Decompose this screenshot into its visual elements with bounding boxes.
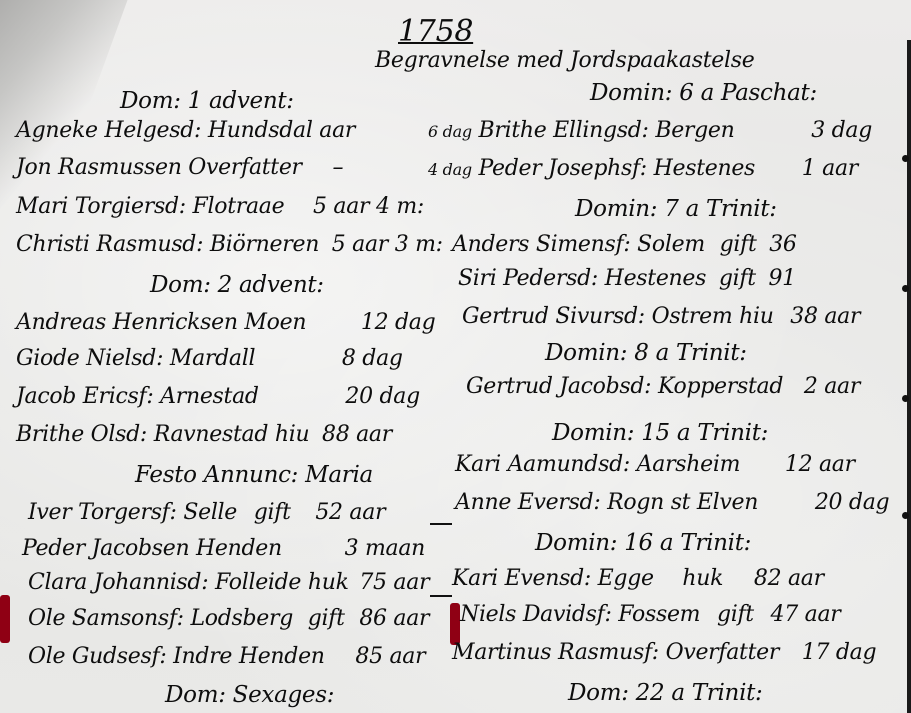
entry-age: 2 aar — [804, 374, 860, 399]
burial-entry: Kari Aamundsd: Aarsheim 12 aar — [455, 452, 855, 477]
entry-age: – — [332, 155, 343, 180]
entry-age: 3 dag — [811, 118, 872, 143]
entry-age: 20 dag — [815, 490, 889, 515]
entry-name: Iver Torgersf: Selle — [28, 500, 237, 525]
ink-blot — [902, 285, 909, 292]
entry-age: 5 aar 3 m: — [332, 232, 443, 257]
entry-name: Niels Davidsf: Fossem — [460, 602, 700, 627]
entry-age: 52 aar — [315, 500, 385, 525]
entry-age: 36 — [769, 232, 796, 257]
entry-name: Andreas Henricksen Moen — [16, 310, 306, 335]
entry-name: Ole Gudsesf: Indre Henden — [28, 644, 325, 669]
section-heading: Dom: 22 a Trinit: — [568, 680, 763, 706]
entry-age: 5 aar 4 m: — [313, 194, 424, 219]
manuscript-page: 1758 Begravnelse med Jordspaakastelse Do… — [0, 0, 911, 713]
burial-entry: Jon Rasmussen Overfatter – — [16, 155, 343, 180]
entry-note: huk — [308, 570, 349, 595]
burial-entry: Gertrud Sivursd: Ostrem hiu 38 aar — [462, 304, 860, 329]
document-year: 1758 — [398, 14, 473, 49]
entry-name: Siri Pedersd: Hestenes — [458, 266, 706, 291]
page-binding-edge — [907, 40, 911, 713]
entry-name: Gertrud Jacobsd: Kopperstad — [466, 374, 783, 399]
red-marker-right — [450, 603, 460, 645]
ink-blot — [902, 512, 909, 519]
section-heading: Festo Annunc: Maria — [135, 462, 373, 488]
section-heading: Domin: 16 a Trinit: — [535, 530, 751, 556]
entry-name: Martinus Rasmusf: Overfatter — [452, 640, 779, 665]
burial-entry: Andreas Henricksen Moen 12 dag — [16, 310, 435, 335]
entry-name: Peder Josephsf: Hestenes — [479, 156, 756, 181]
burial-entry: Jacob Ericsf: Arnestad 20 dag — [16, 384, 420, 409]
burial-entry: Brithe Olsd: Ravnestad hiu 88 aar — [16, 422, 392, 447]
section-heading: Dom: 1 advent: — [120, 88, 294, 114]
entry-name: Kari Evensd: Egge — [452, 566, 654, 591]
entry-age: 1 aar — [802, 156, 858, 181]
entry-note: gift — [717, 602, 754, 627]
burial-entry: 4 dag Peder Josephsf: Hestenes 1 aar — [428, 156, 858, 181]
margin-note: 4 dag — [428, 160, 472, 179]
ink-blot — [902, 155, 909, 162]
red-marker-left — [0, 595, 10, 643]
entry-name: Gertrud Sivursd: Ostrem — [462, 304, 732, 329]
ink-stroke — [430, 595, 452, 597]
entry-age: 91 — [768, 266, 795, 291]
entry-name: Brithe Ellingsd: Bergen — [479, 118, 735, 143]
ink-blot — [902, 395, 909, 402]
section-heading: Domin: 7 a Trinit: — [575, 196, 777, 222]
entry-age: 88 aar — [322, 422, 392, 447]
entry-note: gift — [720, 232, 757, 257]
entry-age: 86 aar — [359, 606, 429, 631]
entry-note: gift — [308, 606, 345, 631]
ink-stroke — [430, 523, 452, 525]
entry-age: 3 maan — [345, 536, 425, 561]
entry-name: Brithe Olsd: Ravnestad — [16, 422, 268, 447]
margin-note: 6 dag — [428, 122, 472, 141]
burial-entry: Anders Simensf: Solem gift 36 — [452, 232, 797, 257]
entry-age: 12 dag — [361, 310, 435, 335]
burial-entry: 6 dag Brithe Ellingsd: Bergen 3 dag — [428, 118, 872, 143]
burial-entry: Christi Rasmusd: Biörneren 5 aar 3 m: — [16, 232, 443, 257]
entry-note: gift — [719, 266, 756, 291]
burial-entry: Martinus Rasmusf: Overfatter 17 dag — [452, 640, 876, 665]
entry-age: 8 dag — [342, 346, 403, 371]
burial-entry: Mari Torgiersd: Flotraae 5 aar 4 m: — [16, 194, 424, 219]
document-title: Begravnelse med Jordspaakastelse — [375, 48, 754, 73]
burial-entry: Ole Gudsesf: Indre Henden 85 aar — [28, 644, 425, 669]
entry-name: Anders Simensf: Solem — [452, 232, 705, 257]
entry-age: 75 aar — [359, 570, 429, 595]
burial-entry: Siri Pedersd: Hestenes gift 91 — [458, 266, 796, 291]
entry-name: Giode Nielsd: Mardall — [16, 346, 255, 371]
burial-entry: Kari Evensd: Egge huk 82 aar — [452, 566, 824, 591]
burial-entry: Niels Davidsf: Fossem gift 47 aar — [460, 602, 840, 627]
burial-entry: Iver Torgersf: Selle gift 52 aar — [28, 500, 385, 525]
entry-age: 20 dag — [345, 384, 419, 409]
entry-age: 47 aar — [771, 602, 841, 627]
entry-note: aar — [319, 118, 355, 143]
entry-name: Mari Torgiersd: Flotraae — [16, 194, 284, 219]
section-heading: Domin: 6 a Paschat: — [590, 80, 817, 106]
burial-entry: Agneke Helgesd: Hundsdal aar — [16, 118, 355, 143]
burial-entry: Ole Samsonsf: Lodsberg gift 86 aar — [28, 606, 429, 631]
burial-entry: Clara Johannisd: Folleide huk 75 aar — [28, 570, 429, 595]
entry-note: huk — [682, 566, 723, 591]
section-heading: Dom: 2 advent: — [150, 272, 324, 298]
entry-age: 38 aar — [790, 304, 860, 329]
entry-note: hiu — [275, 422, 309, 447]
entry-age: 17 dag — [802, 640, 876, 665]
entry-age: 12 aar — [785, 452, 855, 477]
entry-name: Peder Jacobsen Henden — [22, 536, 282, 561]
entry-name: Ole Samsonsf: Lodsberg — [28, 606, 293, 631]
entry-age: 85 aar — [355, 644, 425, 669]
entry-name: Jon Rasmussen Overfatter — [16, 155, 302, 180]
entry-note: gift — [254, 500, 291, 525]
section-heading: Domin: 8 a Trinit: — [545, 340, 747, 366]
burial-entry: Peder Jacobsen Henden 3 maan — [22, 536, 425, 561]
entry-name: Anne Eversd: Rogn st Elven — [455, 490, 758, 515]
burial-entry: Gertrud Jacobsd: Kopperstad 2 aar — [466, 374, 860, 399]
burial-entry: Giode Nielsd: Mardall 8 dag — [16, 346, 403, 371]
entry-name: Agneke Helgesd: Hundsdal — [16, 118, 313, 143]
entry-name: Clara Johannisd: Folleide — [28, 570, 301, 595]
section-heading: Dom: Sexages: — [165, 682, 334, 708]
section-heading: Domin: 15 a Trinit: — [552, 420, 768, 446]
entry-age: 82 aar — [754, 566, 824, 591]
burial-entry: Anne Eversd: Rogn st Elven 20 dag — [455, 490, 889, 515]
entry-name: Christi Rasmusd: Biörneren — [16, 232, 319, 257]
entry-note: hiu — [739, 304, 773, 329]
entry-name: Jacob Ericsf: Arnestad — [16, 384, 259, 409]
entry-name: Kari Aamundsd: Aarsheim — [455, 452, 740, 477]
